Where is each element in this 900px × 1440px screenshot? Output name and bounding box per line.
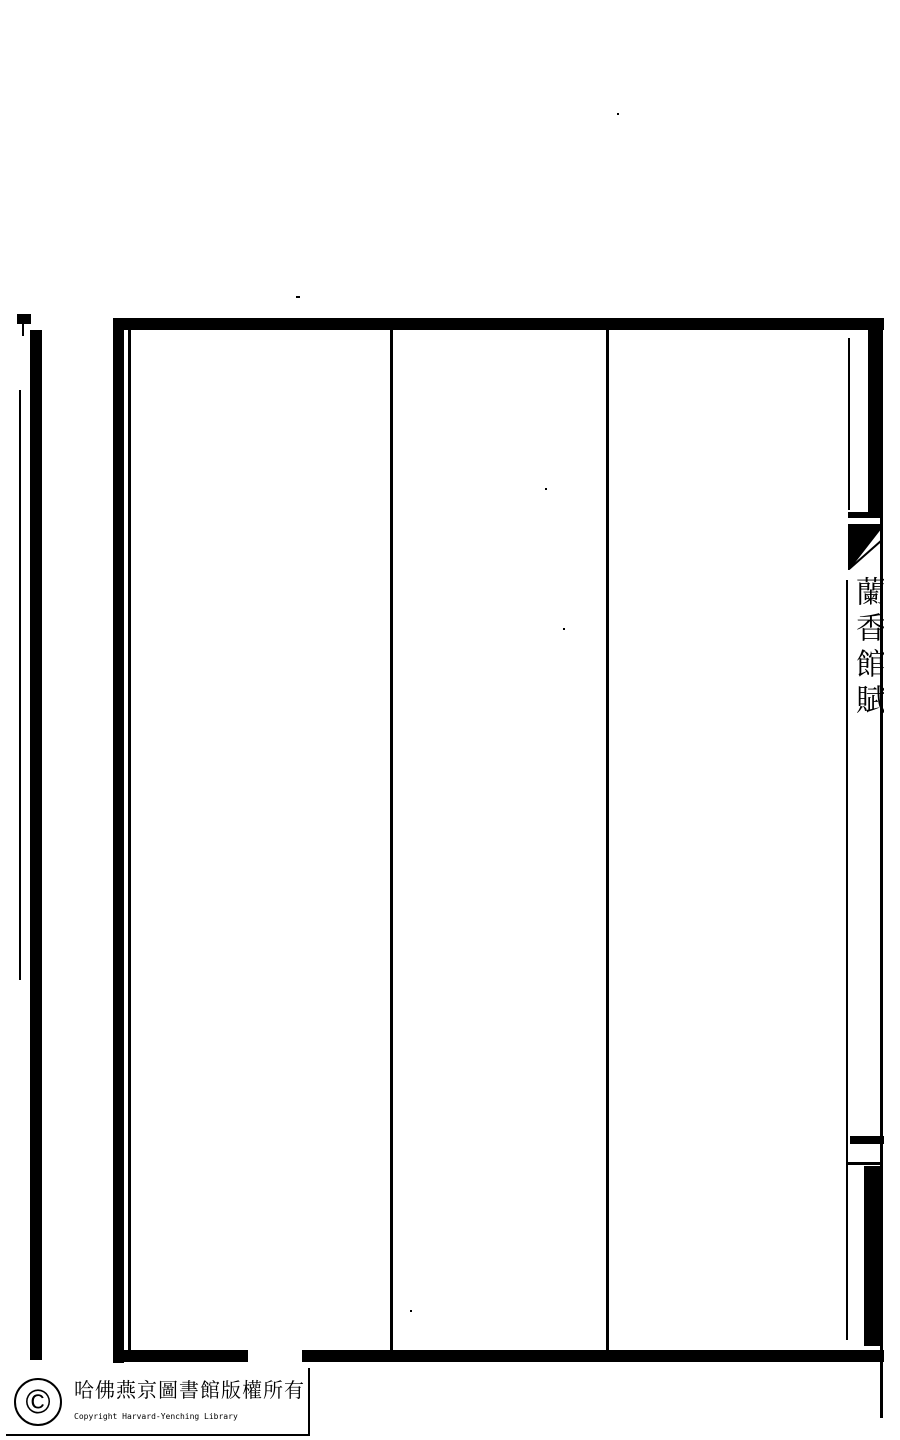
banxin-title: 蘭香館賦 [850, 576, 884, 796]
spine-tick [22, 324, 24, 336]
banxin-divider [846, 1162, 882, 1165]
ink-speck [296, 296, 300, 298]
frame-top-border [114, 318, 884, 330]
banxin-black-mouth-bottom [864, 1166, 882, 1346]
ink-speck [410, 1310, 412, 1312]
frame-inner-left-rule [128, 330, 131, 1350]
banxin-thin-rule-top [848, 338, 850, 510]
fishtail-icon [848, 524, 882, 570]
adjacent-leaf-thin-rule [19, 390, 21, 980]
frame-left-border [113, 318, 124, 1363]
copyright-chinese: 哈佛燕京圖書館版權所有 [74, 1374, 305, 1403]
adjacent-leaf-border [30, 330, 42, 1360]
copyright-english: Copyright Harvard-Yenching Library [74, 1412, 238, 1421]
frame-bottom-border-left [113, 1350, 248, 1362]
banxin-bar [848, 512, 882, 518]
copyright-stamp: © 哈佛燕京圖書館版權所有 Copyright Harvard-Yenching… [6, 1368, 310, 1436]
ink-speck [563, 628, 565, 630]
leaf-number-mark [850, 1136, 884, 1144]
ink-speck [545, 488, 547, 490]
spine-mark [17, 314, 31, 324]
ink-speck [617, 113, 619, 115]
column-rule [606, 330, 609, 1350]
frame-bottom-border-right [302, 1350, 884, 1362]
copyright-icon: © [14, 1378, 62, 1426]
banxin-thin-rule [846, 580, 848, 1340]
column-rule [390, 330, 393, 1350]
